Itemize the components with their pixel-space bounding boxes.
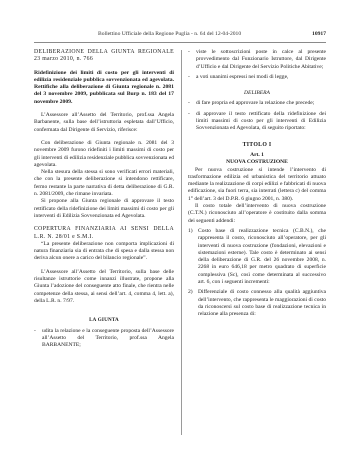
deliberation-title: Ridefinizione dei limiti di costo per gl… (34, 70, 174, 106)
item-number: 2) (188, 289, 193, 296)
signatures-text: viste le sottoscrizioni poste in calce a… (196, 49, 326, 70)
coverage-text: “La presente deliberazione non comporta … (34, 241, 174, 263)
dash-marker: - (188, 100, 190, 107)
titolo-heading: TITOLO I (188, 142, 326, 149)
coverage-heading: COPERTURA FINANZIARIA AI SENSI DELLA L.R… (34, 226, 174, 241)
dash-marker: - (188, 74, 190, 81)
article-title: NUOVA COSTRUZIONE (188, 159, 326, 166)
numbered-item-base-cost: 1) Costo base di realizzazione tecnica (… (188, 228, 326, 286)
paragraph-previous-deliberation: Con deliberazione di Giunta regionale n.… (34, 140, 174, 169)
signatures-item: - viste le sottoscrizioni poste in calce… (188, 49, 326, 71)
delibera-item-approve-text: - di approvare il testo rettificato dell… (188, 111, 326, 133)
page-header: Bollettino Ufficiale della Regione Pugli… (34, 30, 326, 43)
paragraph-proposal: Si propone alla Giunta regionale di appr… (34, 198, 174, 220)
article-number: Art. 1 (188, 152, 326, 159)
item-number: 1) (188, 228, 193, 235)
giunta-item: - udita la relazione e la conseguente pr… (34, 328, 174, 350)
giunta-heading: LA GIUNTA (34, 317, 174, 324)
numbered-item-quality-differential: 2) Differenziale di costo connesso alla … (188, 289, 326, 318)
bulletin-title: Bollettino Ufficiale della Regione Pugli… (98, 31, 241, 37)
delibera-item-text: di fare propria ed approvare la relazion… (196, 100, 314, 106)
dash-marker: - (188, 111, 190, 118)
right-column: - viste le sottoscrizioni poste in calce… (188, 49, 326, 319)
numbered-item-text: Differenziale di costo connesso alla qua… (198, 289, 326, 317)
dash-marker: - (34, 328, 36, 335)
unanimous-vote-item: - a voti unanimi espressi nei modi di le… (188, 74, 326, 81)
delibera-item-text: di approvare il testo rettificato della … (196, 111, 326, 132)
deliberation-heading: DELIBERAZIONE DELLA GIUNTA REGIONALE 23 … (34, 49, 174, 64)
page-number: 10917 (312, 31, 326, 37)
proposal-text: L’Assessore all’Assetto del Territorio, … (34, 269, 174, 305)
giunta-item-text: udita la relazione e la conseguente prop… (42, 328, 174, 349)
article-paragraph-definition: Per nuova costruzione si intende l’inter… (188, 167, 326, 203)
column-divider (181, 50, 182, 435)
delibera-item-approve-report: - di fare propria ed approvare la relazi… (188, 100, 326, 107)
delibera-heading: DELIBERA (188, 90, 326, 97)
dash-marker: - (188, 49, 190, 56)
paragraph-errors: Nella stesura della stessa si sono verif… (34, 169, 174, 198)
left-column: DELIBERAZIONE DELLA GIUNTA REGIONALE 23 … (34, 49, 174, 349)
article-paragraph-total-cost: Il costo totale dell’intervento di nuova… (188, 203, 326, 225)
paragraph-assessore-intro: L’Assessore all’Assetto del Territorio, … (34, 112, 174, 134)
document-page: Bollettino Ufficiale della Regione Pugli… (0, 0, 360, 466)
numbered-item-text: Costo base di realizzazione tecnica (C.B… (198, 228, 326, 285)
unanimous-vote-text: a voti unanimi espressi nei modi di legg… (196, 74, 288, 80)
